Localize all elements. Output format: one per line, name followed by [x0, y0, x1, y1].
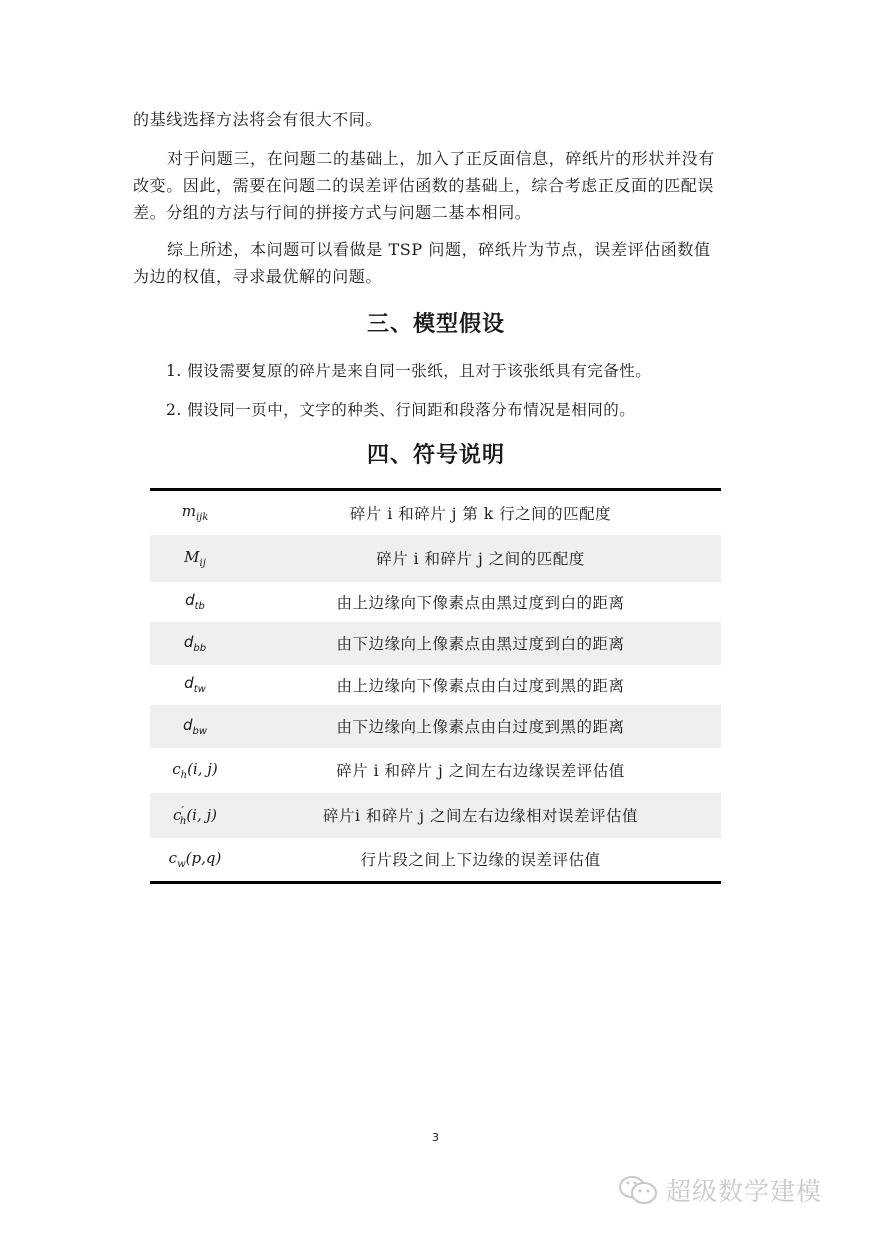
assumption-item-2: 2. 假设同一页中，文字的种类、行间距和段落分布情况是相同的。 — [166, 398, 635, 420]
paragraph-continuation: 的基线选择方法将会有很大不同。 — [133, 106, 723, 133]
description-cell: 碎片 i 和碎片 j 第 k 行之间的匹配度 — [240, 490, 721, 535]
assumption-item-1: 1. 假设需要复原的碎片是来自同一张纸，且对于该张纸具有完备性。 — [166, 359, 651, 381]
description-cell: 碎片 i 和碎片 j 之间左右边缘误差评估值 — [240, 748, 721, 793]
symbol-base: d — [184, 633, 194, 651]
page-number: 3 — [432, 1131, 439, 1144]
symbol-prime: ′ — [181, 804, 184, 817]
table-row: c′h(i, j)碎片i 和碎片 j 之间左右边缘相对误差评估值 — [150, 793, 721, 838]
symbol-cell: dbb — [150, 622, 240, 665]
symbol-cell: c′h(i, j) — [150, 793, 240, 838]
document-page: 的基线选择方法将会有很大不同。 对于问题三，在问题二的基础上，加入了正反面信息，… — [0, 0, 872, 1234]
description-cell: 由上边缘向下像素点由黑过度到白的距离 — [240, 582, 721, 622]
table-row: dtb由上边缘向下像素点由黑过度到白的距离 — [150, 582, 721, 622]
watermark-text: 超级数学建模 — [666, 1172, 822, 1208]
symbol-args: (i, j) — [186, 806, 217, 824]
symbol-base: c — [172, 760, 180, 778]
table-row: mijk碎片 i 和碎片 j 第 k 行之间的匹配度 — [150, 490, 721, 535]
section-heading-symbols: 四、符号说明 — [0, 438, 872, 469]
symbol-base: c — [169, 849, 177, 867]
table-row: Mij碎片 i 和碎片 j 之间的匹配度 — [150, 535, 721, 582]
description-cell: 由上边缘向下像素点由白过度到黑的距离 — [240, 665, 721, 705]
symbol-base: d — [183, 716, 193, 734]
symbol-base: m — [182, 502, 196, 520]
paragraph-text: 的基线选择方法将会有很大不同。 — [133, 110, 382, 129]
symbol-subscript: w — [177, 859, 186, 870]
symbol-cell: dbw — [150, 705, 240, 748]
table-row: dbb由下边缘向上像素点由黑过度到白的距离 — [150, 622, 721, 665]
section-heading-assumptions: 三、模型假设 — [0, 307, 872, 338]
paragraph-text: 对于问题三，在问题二的基础上，加入了正反面信息，碎纸片的形状并没有改变。因此，需… — [133, 149, 715, 222]
symbol-subscript: ij — [200, 558, 206, 569]
table-row: dtw由上边缘向下像素点由白过度到黑的距离 — [150, 665, 721, 705]
symbol-subscript: bw — [193, 726, 208, 737]
paragraph-problem-three: 对于问题三，在问题二的基础上，加入了正反面信息，碎纸片的形状并没有改变。因此，需… — [133, 145, 723, 226]
symbol-cell: Mij — [150, 535, 240, 582]
symbol-cell: dtb — [150, 582, 240, 622]
symbol-cell: cw(p,q) — [150, 838, 240, 883]
table-row: ch(i, j)碎片 i 和碎片 j 之间左右边缘误差评估值 — [150, 748, 721, 793]
description-cell: 由下边缘向上像素点由白过度到黑的距离 — [240, 705, 721, 748]
paragraph-text: 综上所述，本问题可以看做是 TSP 问题，碎纸片为节点，误差评估函数值为边的权值… — [133, 240, 711, 286]
wechat-icon — [618, 1174, 660, 1206]
symbol-cell: mijk — [150, 490, 240, 535]
symbol-args: (p,q) — [186, 849, 222, 867]
symbol-cell: dtw — [150, 665, 240, 705]
symbol-subscript: ijk — [196, 512, 208, 523]
symbol-subscript: bb — [193, 643, 206, 654]
symbol-args: (i, j) — [187, 760, 218, 778]
symbol-base: d — [185, 591, 195, 609]
paragraph-summary: 综上所述，本问题可以看做是 TSP 问题，碎纸片为节点，误差评估函数值为边的权值… — [133, 236, 723, 290]
symbol-subscript: tw — [194, 684, 206, 695]
description-cell: 碎片i 和碎片 j 之间左右边缘相对误差评估值 — [240, 793, 721, 838]
watermark: 超级数学建模 — [618, 1172, 822, 1208]
symbol-cell: ch(i, j) — [150, 748, 240, 793]
symbol-base: M — [184, 548, 199, 566]
symbol-table: mijk碎片 i 和碎片 j 第 k 行之间的匹配度Mij碎片 i 和碎片 j … — [150, 488, 721, 884]
description-cell: 碎片 i 和碎片 j 之间的匹配度 — [240, 535, 721, 582]
description-cell: 行片段之间上下边缘的误差评估值 — [240, 838, 721, 883]
table-row: dbw由下边缘向上像素点由白过度到黑的距离 — [150, 705, 721, 748]
symbol-subscript: tb — [195, 601, 205, 612]
symbol-base: d — [184, 674, 194, 692]
table-row: cw(p,q)行片段之间上下边缘的误差评估值 — [150, 838, 721, 883]
description-cell: 由下边缘向上像素点由黑过度到白的距离 — [240, 622, 721, 665]
